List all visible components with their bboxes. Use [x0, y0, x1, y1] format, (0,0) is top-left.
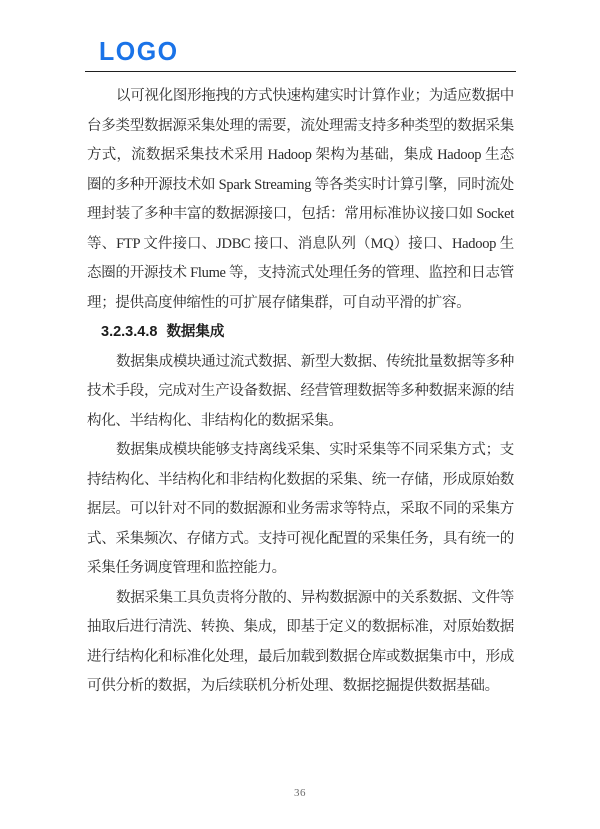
document-body: 以可视化图形拖拽的方式快速构建实时计算作业；为适应数据中台多类型数据源采集处理的…: [87, 82, 514, 702]
company-logo: LOGO: [99, 40, 179, 66]
document-page: LOGO 以可视化图形拖拽的方式快速构建实时计算作业；为适应数据中台多类型数据源…: [0, 0, 600, 829]
page-footer: 36: [0, 783, 600, 801]
paragraph-stream-processing: 以可视化图形拖拽的方式快速构建实时计算作业；为适应数据中台多类型数据源采集处理的…: [87, 82, 514, 318]
paragraph-data-integration-overview: 数据集成模块通过流式数据、新型大数据、传统批量数据等多种技术手段，完成对生产设备…: [87, 348, 514, 437]
section-number: 3.2.3.4.8: [101, 324, 157, 340]
page-header: LOGO: [85, 40, 516, 72]
paragraph-collection-modes: 数据集成模块能够支持离线采集、实时采集等不同采集方式；支持结构化、半结构化和非结…: [87, 436, 514, 584]
page-number: 36: [294, 787, 306, 799]
paragraph-collection-tools: 数据采集工具负责将分散的、异构数据源中的关系数据、文件等抽取后进行清洗、转换、集…: [87, 584, 514, 702]
section-title: 数据集成: [166, 324, 224, 340]
section-heading: 3.2.3.4.8数据集成: [87, 318, 514, 348]
